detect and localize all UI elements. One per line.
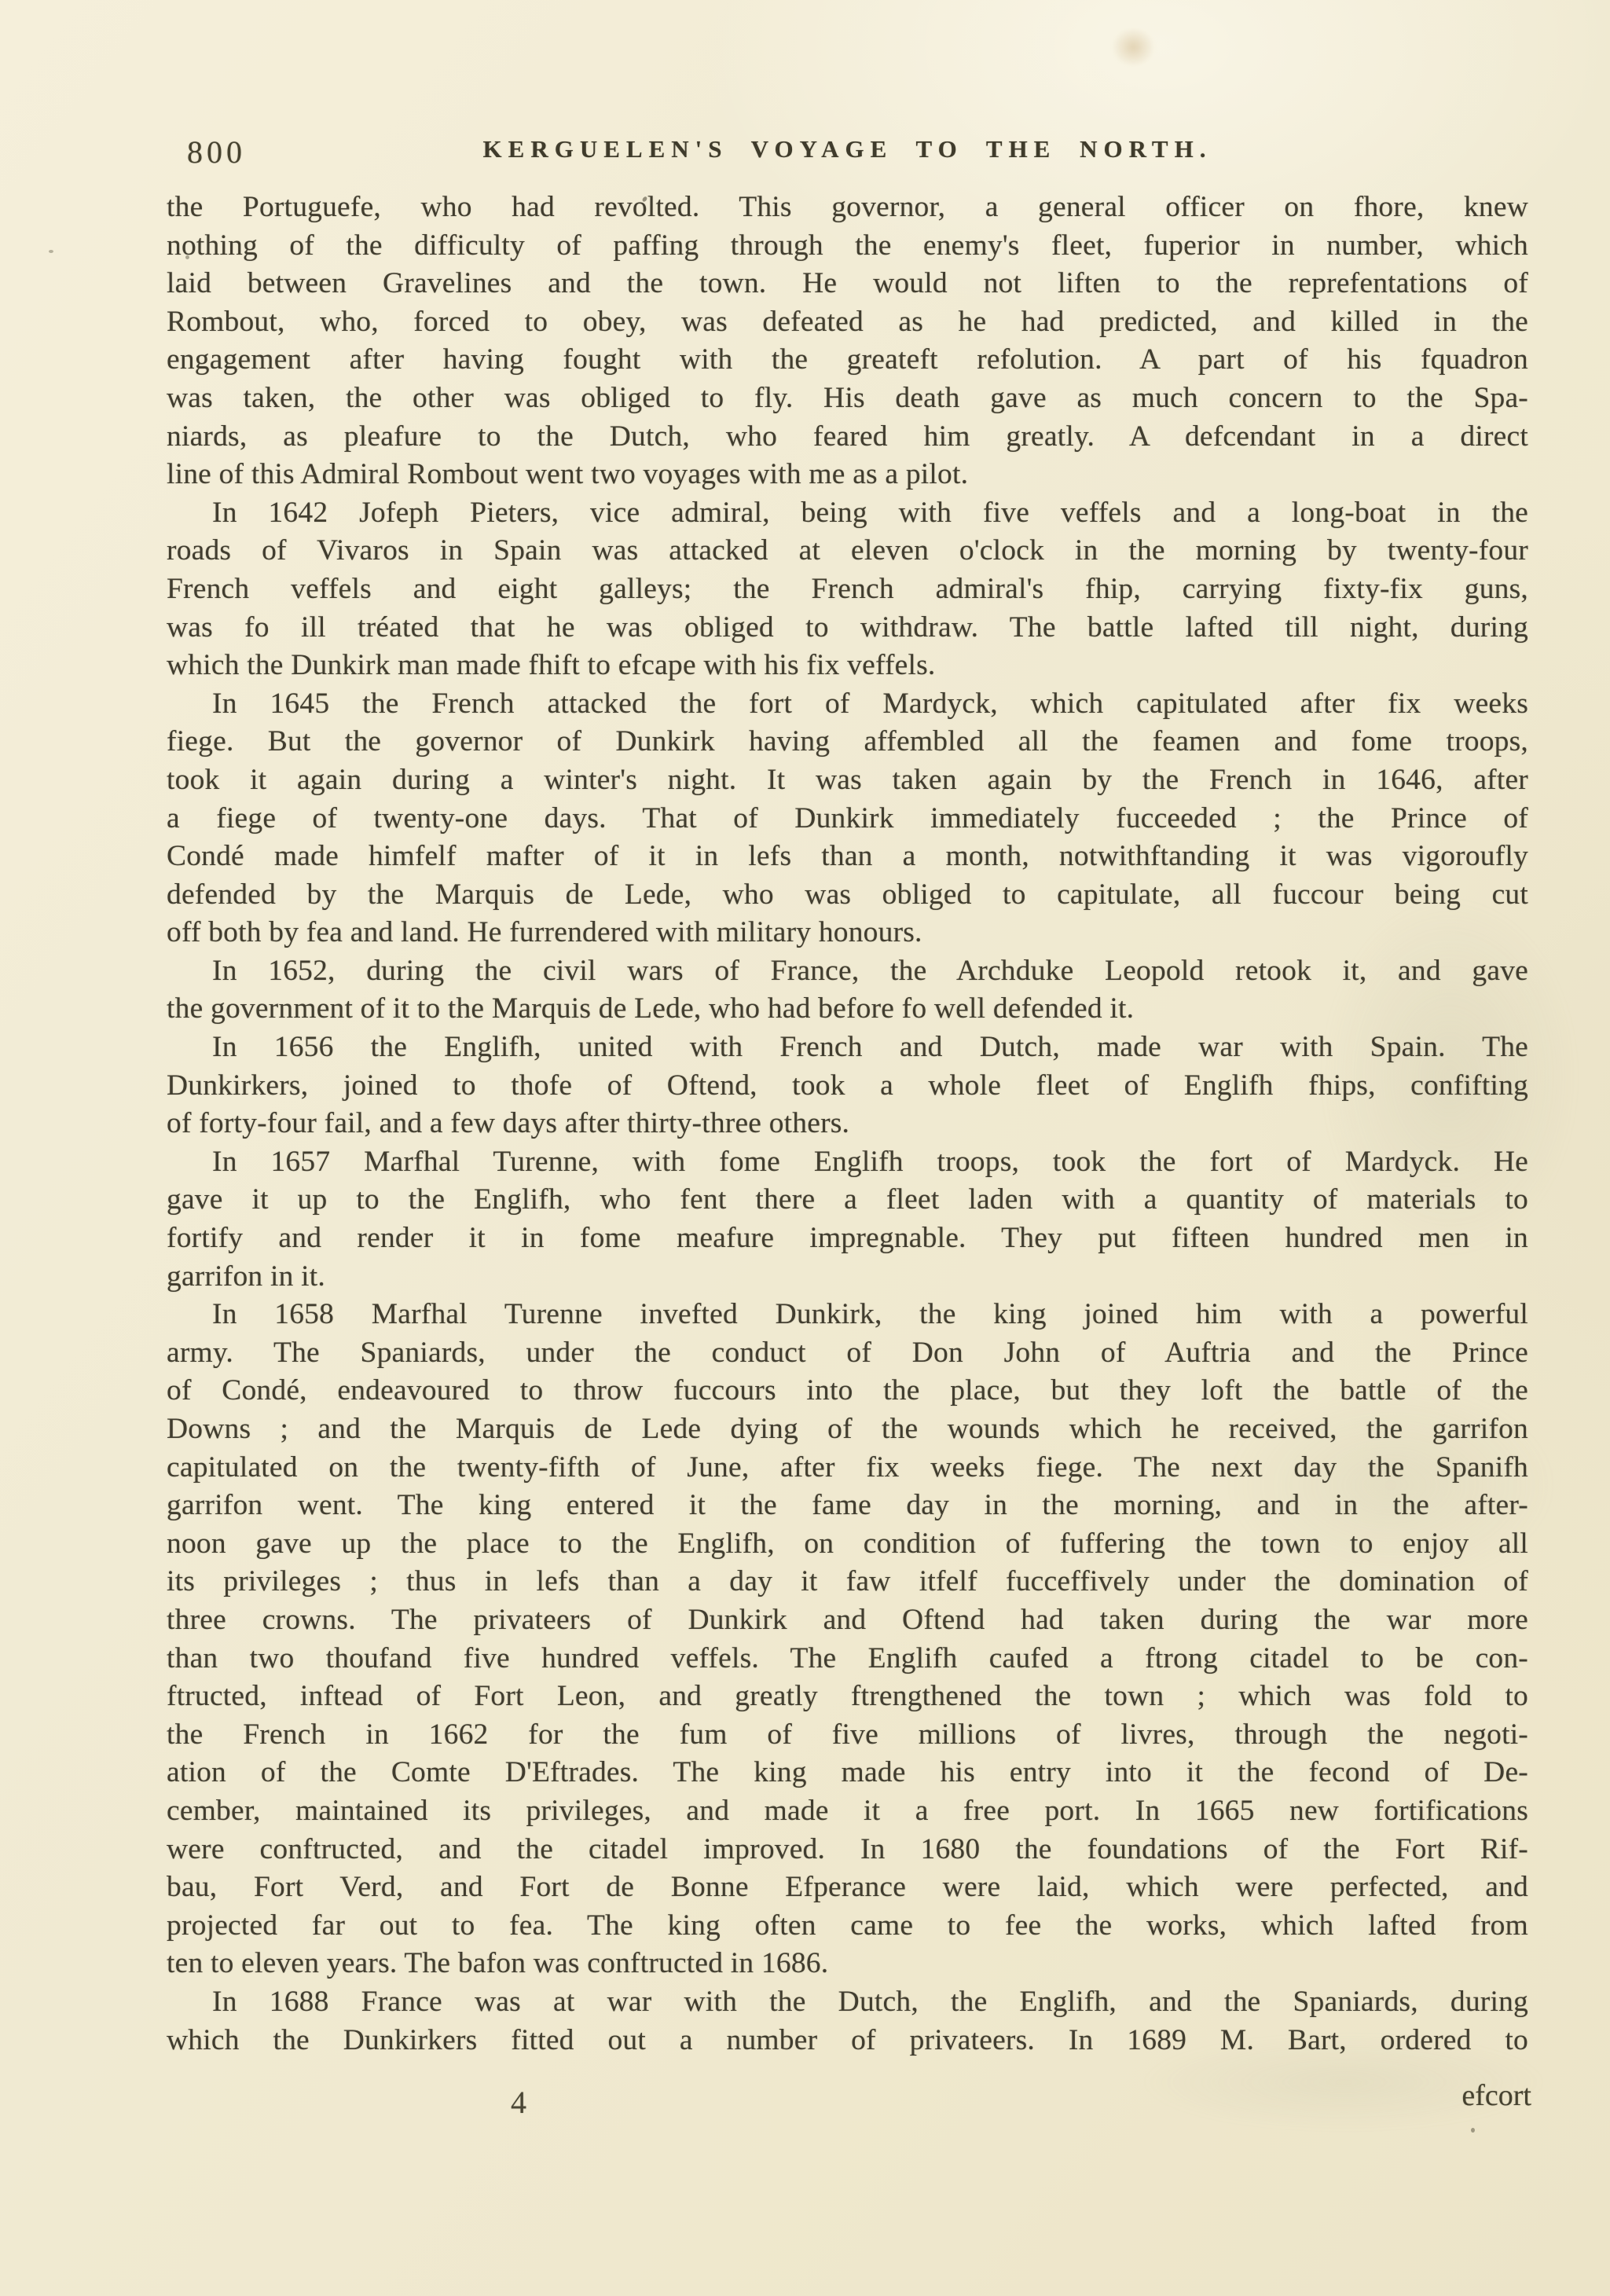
text-line: of forty-four fail, and a few days after… <box>167 1105 1528 1143</box>
text-line: cember, maintained its privileges, and m… <box>167 1792 1528 1831</box>
text-line: the government of it to the Marquis de L… <box>167 990 1528 1029</box>
text-line: Downs ; and the Marquis de Lede dying of… <box>167 1410 1528 1449</box>
text-line: was fo ill tréated that he was obliged t… <box>167 609 1528 647</box>
text-line: fiege. But the governor of Dunkirk havin… <box>167 723 1528 761</box>
text-line: laid between Gravelines and the town. He… <box>167 265 1528 303</box>
paper-speck <box>1471 2128 1475 2133</box>
text-line: a fiege of twenty-one days. That of Dunk… <box>167 800 1528 838</box>
text-line: Condé made himfelf mafter of it in lefs … <box>167 838 1528 876</box>
text-line: garrifon in it. <box>167 1258 1528 1297</box>
text-line: In 1658 Marfhal Turenne invefted Dunkirk… <box>167 1296 1528 1334</box>
text-line: three crowns. The privateers of Dunkirk … <box>167 1601 1528 1640</box>
text-line: In 1656 the Englifh, united with French … <box>167 1029 1528 1067</box>
text-line: In 1657 Marfhal Turenne, with fome Engli… <box>167 1143 1528 1182</box>
text-line: off both by fea and land. He furrendered… <box>167 914 1528 952</box>
paper-speck <box>49 250 53 253</box>
text-line: In 1642 Jofeph Pieters, vice admiral, be… <box>167 494 1528 533</box>
text-line: ten to eleven years. The bafon was conft… <box>167 1945 1528 1983</box>
text-line: of Condé, endeavoured to throw fuccours … <box>167 1372 1528 1410</box>
text-line: its privileges ; thus in lefs than a day… <box>167 1563 1528 1601</box>
text-block: the Portuguefe, who had revolted. This g… <box>167 189 1528 2059</box>
text-line: ation of the Comte D'Eftrades. The king … <box>167 1754 1528 1792</box>
text-line: gave it up to the Englifh, who fent ther… <box>167 1181 1528 1220</box>
text-line: garrifon went. The king entered it the f… <box>167 1487 1528 1525</box>
text-line: French veffels and eight galleys; the Fr… <box>167 570 1528 609</box>
page-number: 800 <box>187 134 246 171</box>
text-line: took it again during a winter's night. I… <box>167 761 1528 800</box>
text-line: were conftructed, and the citadel improv… <box>167 1831 1528 1869</box>
text-line: ftructed, inftead of Fort Leon, and grea… <box>167 1678 1528 1716</box>
text-line: niards, as pleafure to the Dutch, who fe… <box>167 418 1528 457</box>
text-line: projected far out to fea. The king often… <box>167 1907 1528 1946</box>
text-line: line of this Admiral Rombout went two vo… <box>167 456 1528 494</box>
running-title: KERGUELEN'S VOYAGE TO THE NORTH. <box>167 126 1528 163</box>
text-line: was taken, the other was obliged to fly.… <box>167 380 1528 418</box>
text-line: capitulated on the twenty-fifth of June,… <box>167 1449 1528 1487</box>
foxing-spot <box>1112 28 1155 67</box>
text-line: Rombout, who, forced to obey, was defeat… <box>167 303 1528 342</box>
text-line: bau, Fort Verd, and Fort de Bonne Efpera… <box>167 1869 1528 1907</box>
text-line: Dunkirkers, joined to thofe of Oftend, t… <box>167 1067 1528 1106</box>
text-line: defended by the Marquis de Lede, who was… <box>167 876 1528 915</box>
book-page: 800 KERGUELEN'S VOYAGE TO THE NORTH. the… <box>0 0 1610 2296</box>
text-line: army. The Spaniards, under the conduct o… <box>167 1334 1528 1373</box>
text-line: roads of Vivaros in Spain was attacked a… <box>167 532 1528 570</box>
text-line: In 1652, during the civil wars of France… <box>167 952 1528 991</box>
text-line: than two thoufand five hundred veffels. … <box>167 1640 1528 1678</box>
text-line: which the Dunkirkers fitted out a number… <box>167 2022 1528 2060</box>
text-line: nothing of the difficulty of paffing thr… <box>167 227 1528 266</box>
text-line: which the Dunkirk man made fhift to efca… <box>167 647 1528 685</box>
text-line: In 1688 France was at war with the Dutch… <box>167 1983 1528 2022</box>
text-line: the French in 1662 for the fum of five m… <box>167 1716 1528 1755</box>
text-line: engagement after having fought with the … <box>167 341 1528 380</box>
text-line: the Portuguefe, who had revolted. This g… <box>167 189 1528 227</box>
text-line: In 1645 the French attacked the fort of … <box>167 685 1528 724</box>
signature-mark: 4 <box>511 2084 526 2121</box>
text-line: fortify and render it in fome meafure im… <box>167 1220 1528 1258</box>
running-head: 800 KERGUELEN'S VOYAGE TO THE NORTH. <box>167 126 1528 168</box>
text-line: noon gave up the place to the Englifh, o… <box>167 1525 1528 1564</box>
catchword: efcort <box>1461 2078 1531 2113</box>
